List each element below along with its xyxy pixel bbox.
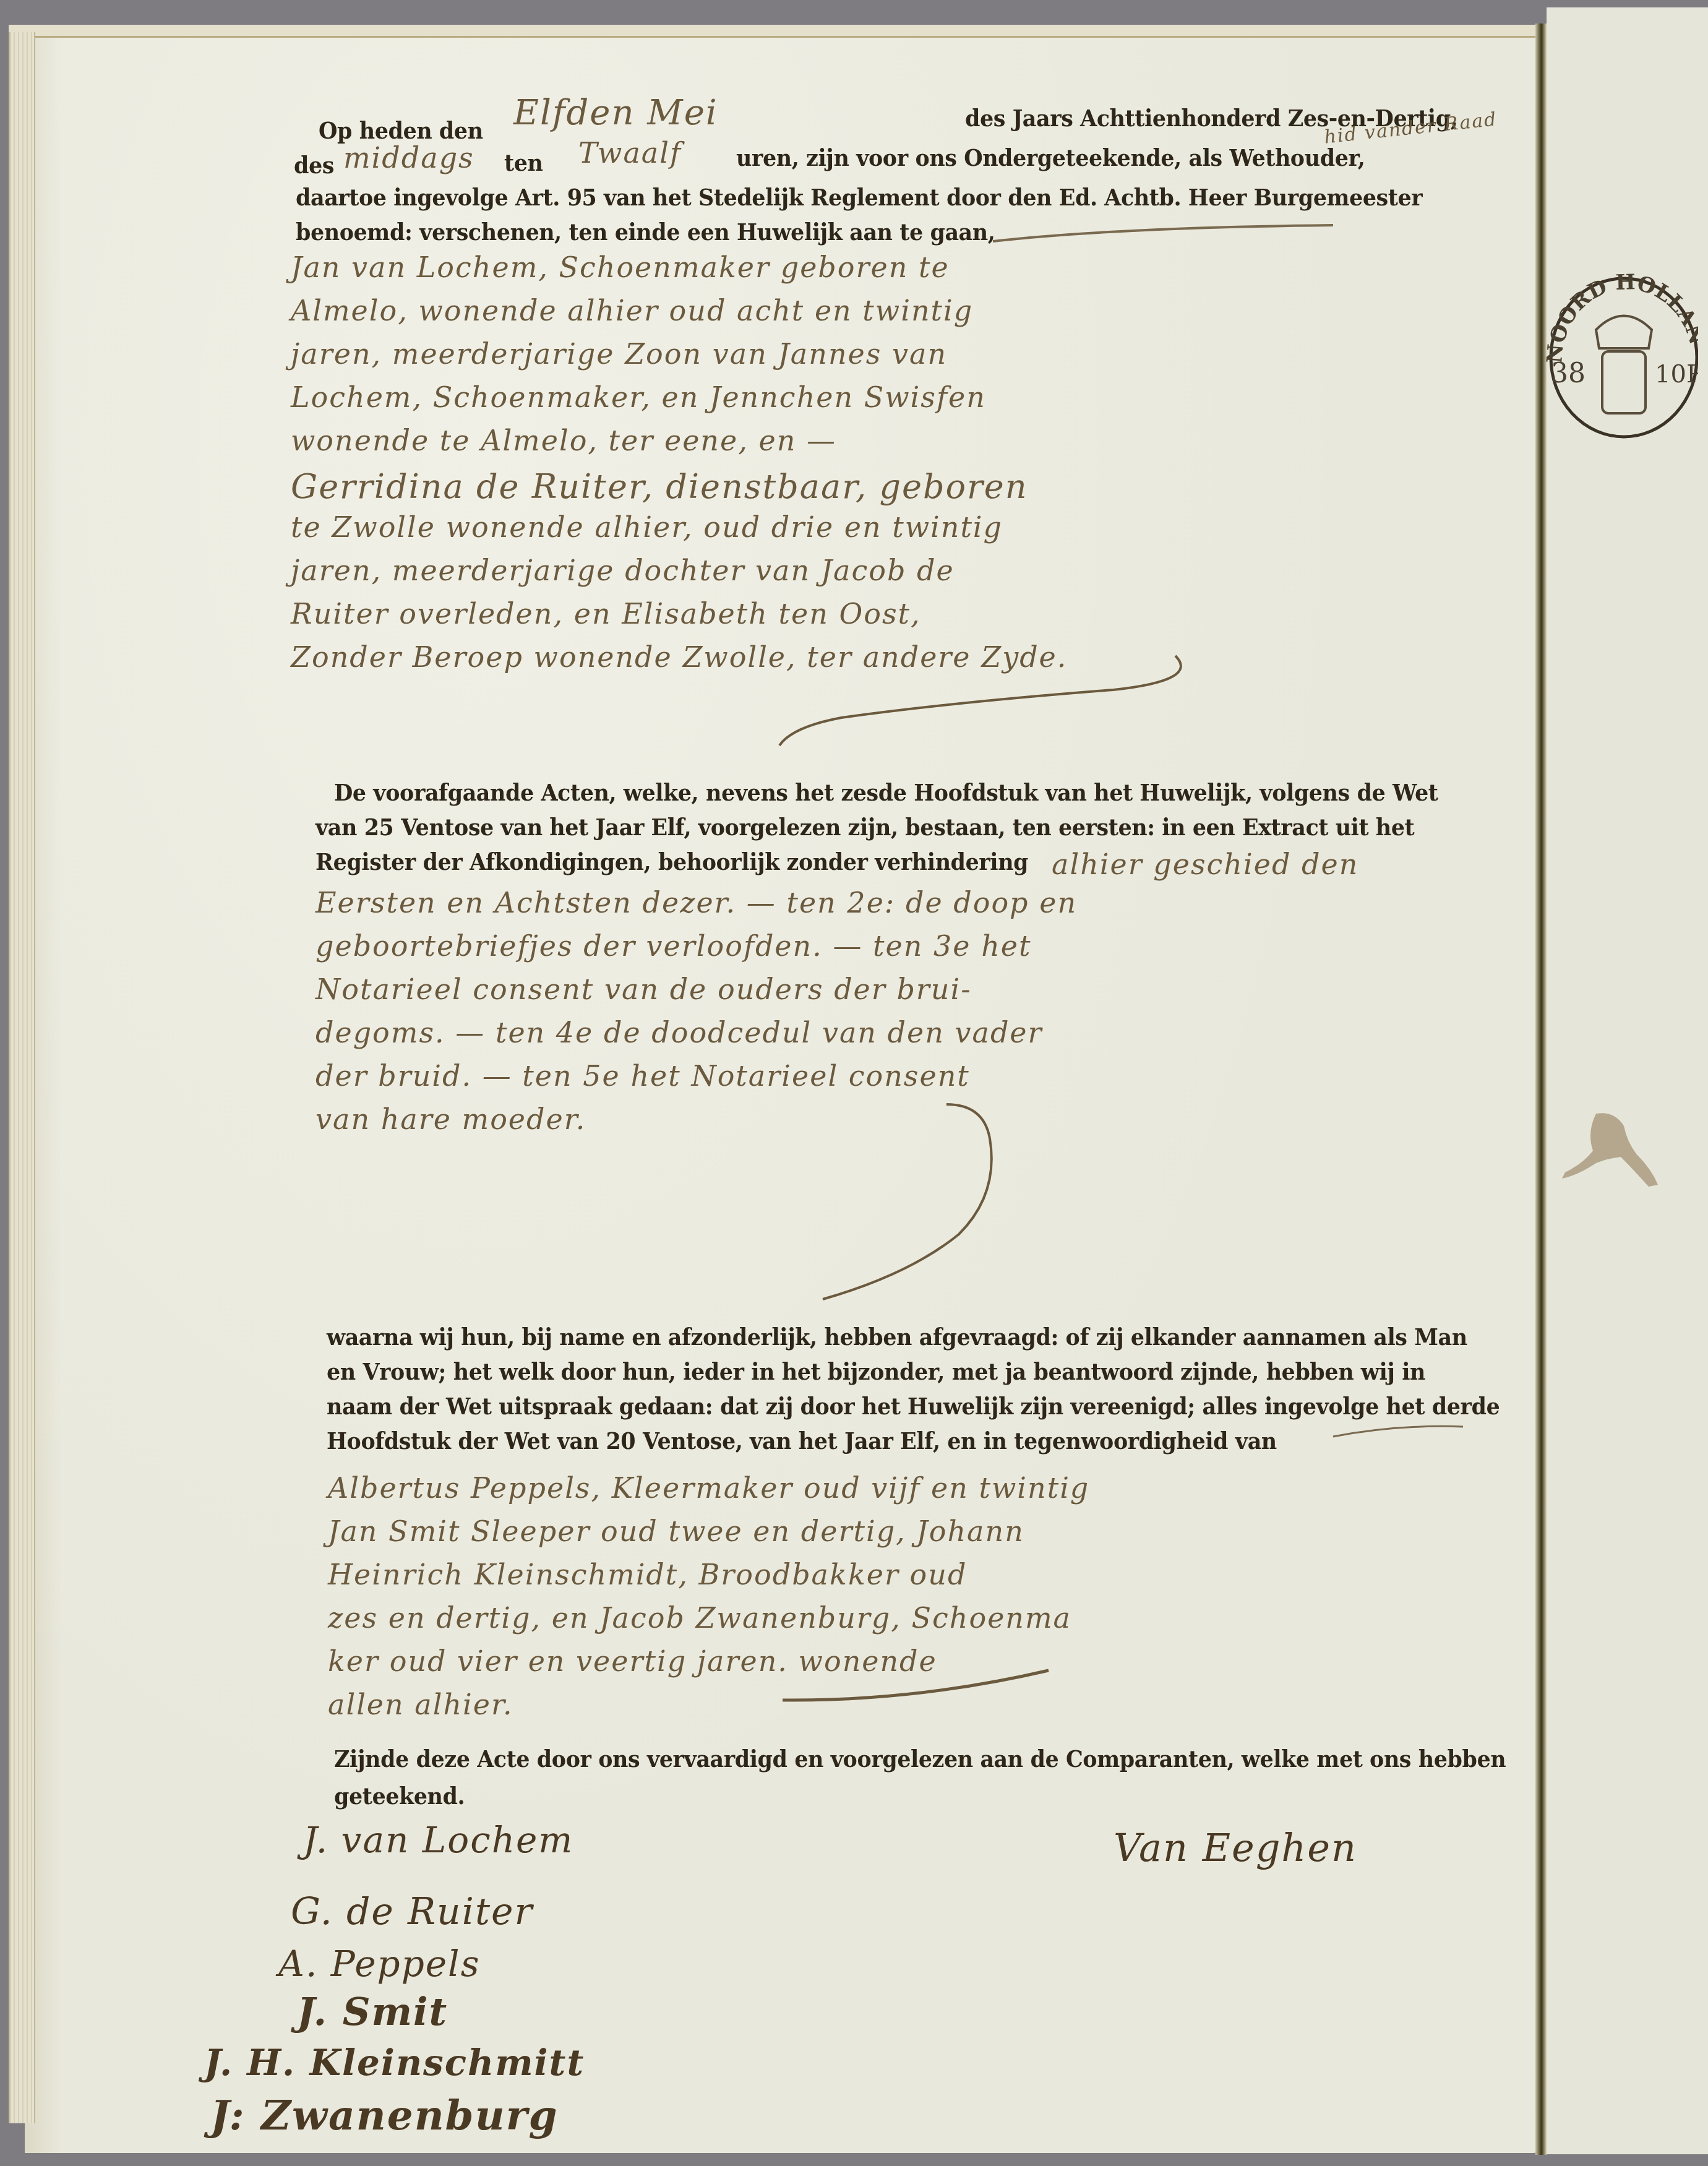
flourish-line — [1330, 1423, 1466, 1442]
flourish-line — [779, 1664, 1052, 1708]
stamp-crown-shield-icon: NOORD HOLLAND. 38 10P — [1543, 271, 1698, 444]
hand-line: Almelo, wonende alhier oud acht en twint… — [291, 294, 973, 327]
printed-line: geteekend. — [334, 1782, 465, 1810]
flourish-closing — [767, 643, 1188, 749]
stamp-left-num: 38 — [1551, 358, 1586, 389]
hand-line: Jan Smit Sleeper oud twee en dertig, Joh… — [328, 1515, 1024, 1548]
printed-line: Zijnde deze Acte door ons vervaardigd en… — [334, 1745, 1506, 1773]
printed-line: Register der Afkondigingen, behoorlijk z… — [315, 848, 1028, 875]
ink-stain — [1559, 1107, 1664, 1194]
flourish-closing — [786, 1101, 1107, 1312]
signature-groom: J. van Lochem — [303, 1819, 573, 1861]
signature-bride: G. de Ruiter — [291, 1890, 533, 1933]
printed-ten: ten — [504, 148, 543, 176]
hand-line: Notarieel consent van de ouders der brui… — [315, 973, 972, 1006]
printed-line: en Vrouw; het welk door hun, ieder in he… — [327, 1357, 1425, 1385]
signature-witness: J. H. Kleinschmitt — [204, 2042, 585, 2084]
hand-line: Albertus Peppels, Kleermaker oud vijf en… — [328, 1471, 1089, 1505]
hand-line: allen alhier. — [328, 1688, 513, 1721]
hand-line: Gerridina de Ruiter, dienstbaar, geboren — [291, 467, 1028, 506]
printed-line: De voorafgaande Acten, welke, nevens het… — [334, 778, 1438, 806]
hand-line: alhier geschied den — [1052, 848, 1358, 881]
hand-line: Heinrich Kleinschmidt, Broodbakker oud — [328, 1558, 967, 1591]
hand-line: degoms. — ten 4e de doodcedul van den va… — [315, 1016, 1043, 1049]
stamp-right-text: 10P — [1655, 360, 1698, 389]
printed-line: naam der Wet uitspraak gedaan: dat zij d… — [327, 1392, 1500, 1420]
printed-op-heden: Op heden den — [319, 116, 483, 144]
printed-line: van 25 Ventose van het Jaar Elf, voorgel… — [315, 813, 1414, 841]
printed-benoemd: benoemd: verschenen, ten einde een Huwel… — [296, 218, 995, 246]
hand-line: jaren, meerderjarige Zoon van Jannes van — [291, 337, 947, 371]
hand-line: van hare moeder. — [315, 1102, 586, 1136]
printed-des: des — [294, 151, 334, 179]
hand-line: geboortebriefjes der verloofden. — ten 3… — [315, 929, 1031, 963]
hand-line: Eersten en Achtsten dezer. — ten 2e: de … — [315, 886, 1077, 919]
printed-uren: uren, zijn voor ons Ondergeteekende, als… — [736, 144, 1365, 171]
signature-witness: A. Peppels — [278, 1943, 480, 1985]
printed-line: Hoofdstuk der Wet van 20 Ventose, van he… — [327, 1427, 1277, 1455]
page-top-edge — [9, 25, 1537, 38]
hand-line: jaren, meerderjarige dochter van Jacob d… — [291, 554, 955, 587]
hand-hour: Twaalf — [578, 136, 682, 170]
printed-line: waarna wij hun, bij name en afzonderlijk… — [327, 1323, 1467, 1351]
hand-date: Elfden Mei — [513, 93, 718, 133]
hand-line: te Zwolle wonende alhier, oud drie en tw… — [291, 510, 1003, 544]
flourish-line — [990, 223, 1336, 247]
signature-witness: J. Smit — [297, 1989, 448, 2034]
signature-witness: J: Zwanenburg — [210, 2091, 559, 2139]
signature-official: Van Eeghen — [1114, 1825, 1357, 1870]
hand-line: der bruid. — ten 5e het Notarieel consen… — [315, 1059, 970, 1093]
hand-line: zes en dertig, en Jacob Zwanenburg, Scho… — [328, 1601, 1071, 1635]
hand-line: wonende te Almelo, ter eene, en — — [291, 424, 836, 457]
page-stack-edge — [9, 32, 35, 2123]
hand-line: Ruiter overleden, en Elisabeth ten Oost, — [291, 597, 921, 630]
printed-daartoe: daartoe ingevolge Art. 95 van het Stedel… — [296, 183, 1422, 211]
hand-line: Lochem, Schoenmaker, en Jennchen Swisfen — [291, 380, 986, 414]
hand-line: Jan van Lochem, Schoenmaker geboren te — [291, 251, 950, 284]
hand-time-of-day: middags — [343, 141, 474, 174]
